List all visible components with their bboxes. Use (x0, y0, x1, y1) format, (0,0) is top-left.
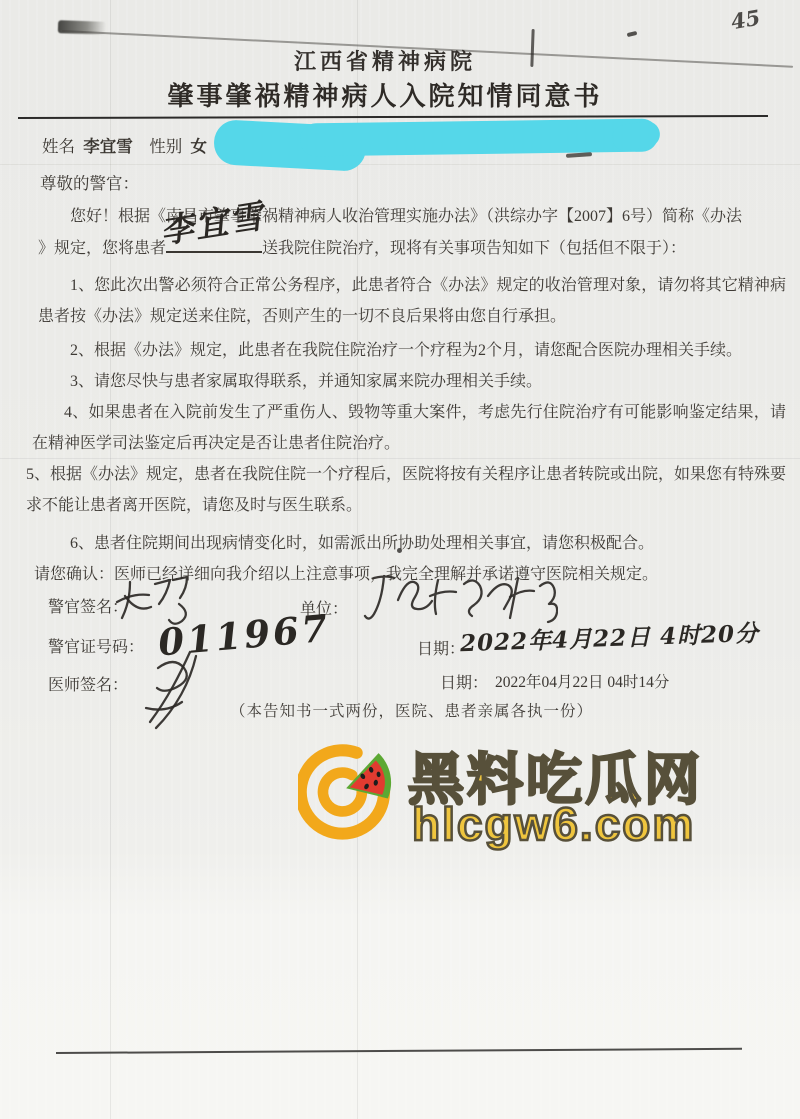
text-remnant-mark (566, 152, 592, 158)
patient-info-row: 姓名 李宜雪 性别 女 (42, 133, 207, 157)
intro-line1: 您好！根据《南昌市肇事肇祸精神病人收治管理实施办法》（洪综办字【2007】6号）… (38, 202, 786, 233)
horizontal-crease (0, 164, 800, 165)
consent-item-6: 6、患者住院期间出现病情变化时，如需派出所协助处理相关事宜，请您积极配合。 (38, 529, 786, 560)
hospital-name: 江西省精神病院 (0, 45, 770, 76)
doctor-signature-scribble (126, 646, 226, 732)
watermelon-logo-icon (298, 742, 398, 842)
patient-name-blank: 李宜雪 (166, 233, 262, 253)
consent-item-2: 2、根据《办法》规定，此患者在我院住院治疗一个疗程为2个月，请您配合医院办理相关… (38, 336, 786, 367)
patient-gender-value: 女 (191, 137, 208, 156)
intro-line2-prefix: 》规定，您将患者 (38, 240, 166, 257)
consent-item-5: 5、根据《办法》规定，患者在我院住院一个疗程后，医院将按有关程序让患者转院或出院… (26, 460, 786, 521)
doctor-date-value: 2022年04月22日 04时14分 (495, 670, 669, 692)
patient-name-label: 姓名 (42, 137, 75, 156)
intro-line2-suffix: 送我院住院治疗，现将有关事项告知如下（包括但不限于）： (262, 240, 686, 257)
patient-name-value: 李宜雪 (83, 137, 133, 156)
redaction-highlight (300, 119, 658, 157)
bottom-rule-line (56, 1048, 742, 1054)
document-title: 肇事肇祸精神病人入院知情同意书 (0, 76, 770, 113)
intro-line2: 》规定，您将患者李宜雪送我院住院治疗，现将有关事项告知如下（包括但不限于）： (38, 233, 786, 265)
unit-signature-scribble (360, 570, 558, 625)
watermark-site-url: hlcgw6.com (412, 797, 695, 851)
consent-item-4: 4、如果患者在入院前发生了严重伤人、毁物等重大案件，考虑先行住院治疗有可能影响鉴… (32, 398, 786, 459)
patient-gender-label: 性别 (149, 137, 182, 156)
date-label: 日期： (417, 636, 465, 659)
footer-note: （本告知书一式两份，医院、患者亲属各执一份） (230, 699, 593, 721)
scan-mark-artifact (627, 31, 638, 37)
scanned-consent-form: 45 江西省精神病院 肇事肇祸精神病人入院知情同意书 姓名 李宜雪 性别 女 尊… (0, 0, 800, 1119)
consent-item-3: 3、请您尽快与患者家属取得联系，并通知家属来院办理相关手续。 (38, 367, 786, 398)
doctor-signature-label: 医师签名： (48, 672, 128, 695)
date-label: 日期： (440, 670, 488, 693)
intro-paragraph: 您好！根据《南昌市肇事肇祸精神病人收治管理实施办法》（洪综办字【2007】6号）… (38, 202, 786, 264)
salutation: 尊敬的警官： (40, 170, 139, 194)
consent-item-1: 1、您此次出警必须符合正常公务程序，此患者符合《办法》规定的收治管理对象，请勿将… (38, 271, 786, 332)
title-underline (18, 115, 768, 119)
handwritten-page-number: 45 (729, 5, 762, 35)
